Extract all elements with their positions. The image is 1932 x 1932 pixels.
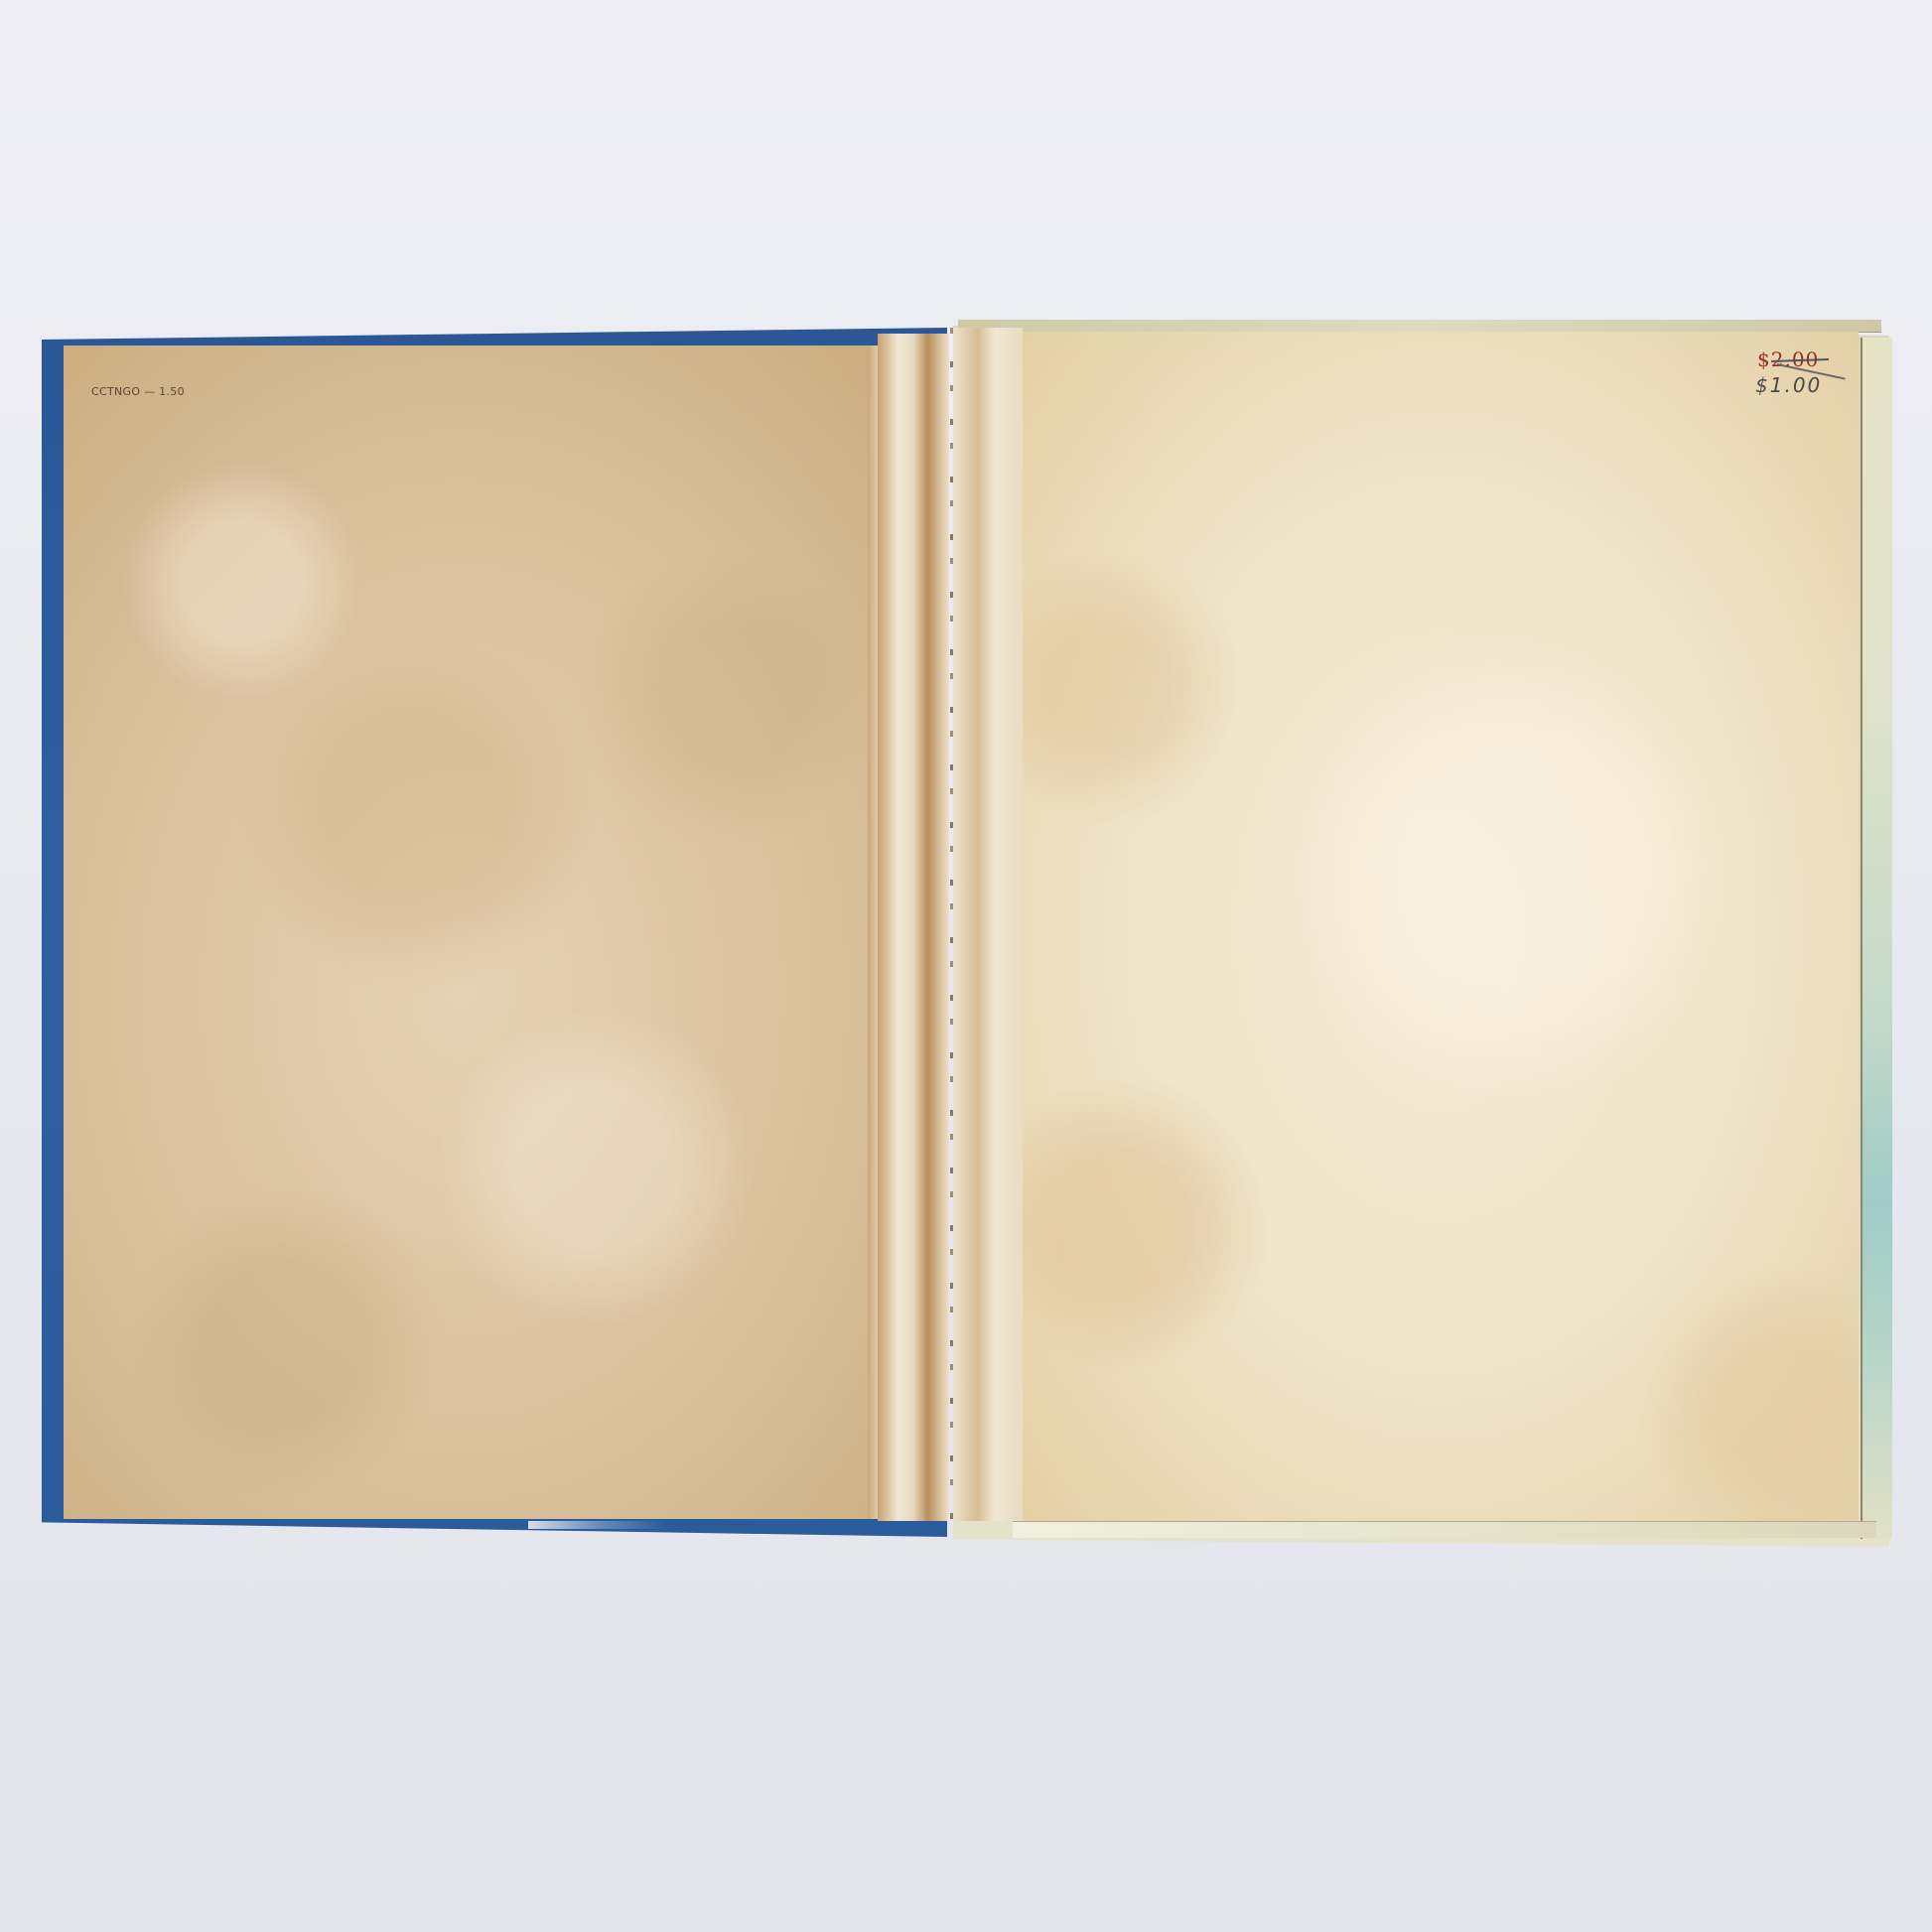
open-book: CCTNGO — 1.50 $2.00 $1.00 [0, 0, 1932, 1932]
foxing-texture [64, 345, 949, 1519]
cover-scuff [528, 1521, 667, 1529]
price-new: $1.00 [1755, 373, 1822, 397]
price-old-currency: $ [1757, 347, 1771, 371]
right-cover-bottom-edge [1013, 1521, 1876, 1538]
foxing-texture [1023, 332, 1859, 1521]
price-new-value: 1.00 [1770, 373, 1823, 397]
right-cover-side-edge [1861, 338, 1892, 1539]
gutter-right [953, 328, 1023, 1521]
right-endpaper [1023, 332, 1859, 1521]
print-code-label: CCTNGO — 1.50 [91, 385, 185, 398]
left-endpaper [64, 345, 949, 1519]
price-new-currency: $ [1755, 373, 1770, 397]
gutter-left [878, 334, 949, 1521]
